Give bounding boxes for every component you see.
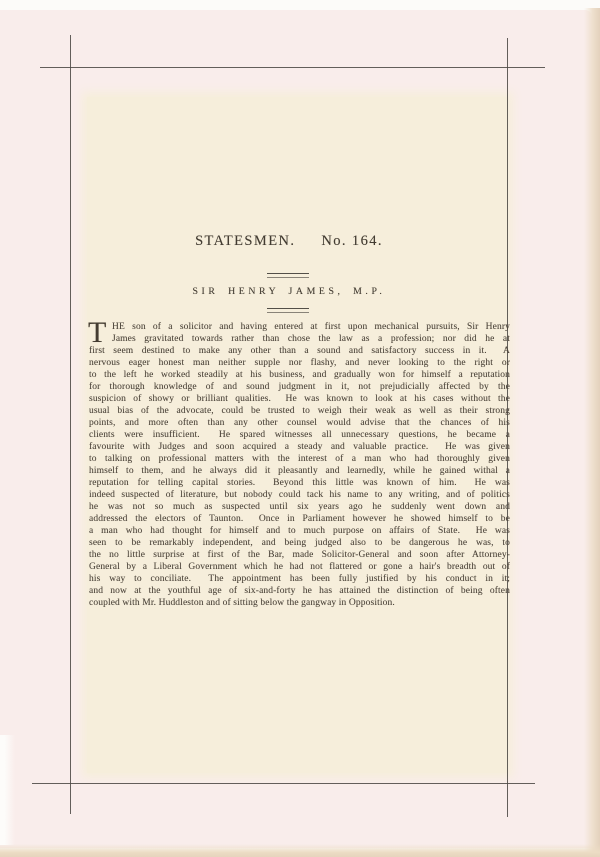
text-line: favourite with Judges and soon acquired … xyxy=(89,441,510,453)
article-paragraph: T HE son of a solicitor and having enter… xyxy=(89,321,510,609)
frame-rule-left xyxy=(70,35,71,814)
text-line: to the left he worked steadily at his bu… xyxy=(89,369,510,381)
text-line: HE son of a solicitor and having entered… xyxy=(89,321,510,333)
text-line: for thorough knowledge of and sound judg… xyxy=(89,381,510,393)
divider-rule-bottom xyxy=(267,308,309,313)
text-line: to talking on professional matters with … xyxy=(89,453,510,465)
series-title-line: STATESMEN.No. 164. xyxy=(70,233,508,250)
text-line: addressed the electors of Taunton. Once … xyxy=(89,513,510,525)
page-edge-bottom xyxy=(0,844,600,857)
text-line: himself to them, and he always did it pl… xyxy=(89,465,510,477)
scanned-page: STATESMEN.No. 164. SIR HENRY JAMES, M.P.… xyxy=(0,0,600,857)
text-line: usual bias of the advocate, could be tru… xyxy=(89,405,510,417)
text-line: coupled with Mr. Huddleston and of sitti… xyxy=(89,597,510,609)
scan-corner-sliver xyxy=(0,735,15,845)
subject-name: SIR HENRY JAMES, M.P. xyxy=(70,286,508,297)
text-line: points, and more often than any other co… xyxy=(89,417,510,429)
text-line: indeed suspected of literature, but nobo… xyxy=(89,489,510,501)
text-line: his way to conciliate. The appointment h… xyxy=(89,573,510,585)
text-line: James gravitated towards rather than cho… xyxy=(89,333,510,345)
drop-cap: T xyxy=(88,318,106,348)
text-line: clients were insufficient. He spared wit… xyxy=(89,429,510,441)
text-line: nervous eager honest man neither supple … xyxy=(89,357,510,369)
text-line: a man who had thought for himself and to… xyxy=(89,525,510,537)
page-edge-right xyxy=(584,8,600,857)
text-line: General by a Liberal Government which he… xyxy=(89,561,510,573)
frame-rule-bottom xyxy=(32,783,535,784)
divider-rule-top xyxy=(267,273,309,278)
series-number: No. 164. xyxy=(321,233,383,250)
text-line: he was not so much as suspected until si… xyxy=(89,501,510,513)
article-lines: HE son of a solicitor and having entered… xyxy=(89,321,510,609)
text-line: first seem destined to make any other th… xyxy=(89,345,510,357)
text-line: suspicion of showy or brilliant qualitie… xyxy=(89,393,510,405)
frame-rule-top xyxy=(40,67,545,68)
text-line: and now at the youthful age of six-and-f… xyxy=(89,585,510,597)
text-line: reputation for telling capital stories. … xyxy=(89,477,510,489)
text-line: the no little surprise at first of the B… xyxy=(89,549,510,561)
series-title: STATESMEN. xyxy=(195,233,295,250)
text-line: seen to be remarkably independent, and b… xyxy=(89,537,510,549)
